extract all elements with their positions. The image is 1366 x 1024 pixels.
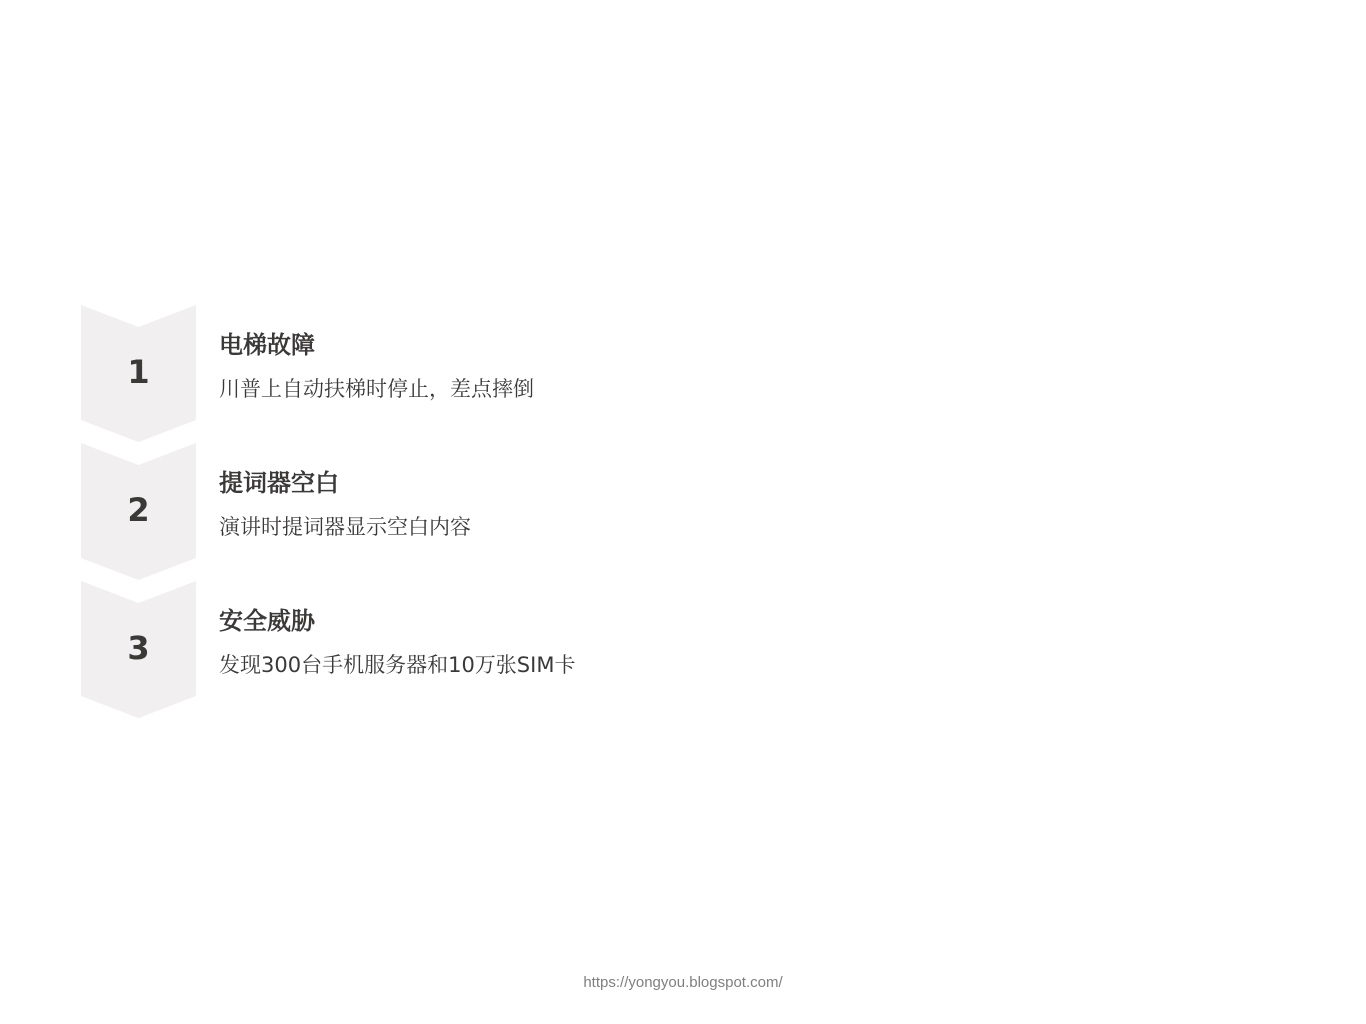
step-1: 1 电梯故障 川普上自动扶梯时停止，差点摔倒 (81, 305, 681, 443)
step-title: 安全威胁 (219, 601, 315, 636)
step-title: 电梯故障 (219, 325, 315, 360)
step-number: 1 (81, 353, 196, 391)
step-description: 演讲时提词器显示空白内容 (219, 511, 471, 541)
step-description: 川普上自动扶梯时停止，差点摔倒 (219, 373, 534, 403)
step-description: 发现300台手机服务器和10万张SIM卡 (219, 649, 575, 679)
step-number: 3 (81, 629, 196, 667)
footer-url: https://yongyou.blogspot.com/ (0, 974, 1366, 991)
step-number: 2 (81, 491, 196, 529)
step-title: 提词器空白 (219, 463, 339, 498)
step-3: 3 安全威胁 发现300台手机服务器和10万张SIM卡 (81, 581, 681, 719)
step-2: 2 提词器空白 演讲时提词器显示空白内容 (81, 443, 681, 581)
